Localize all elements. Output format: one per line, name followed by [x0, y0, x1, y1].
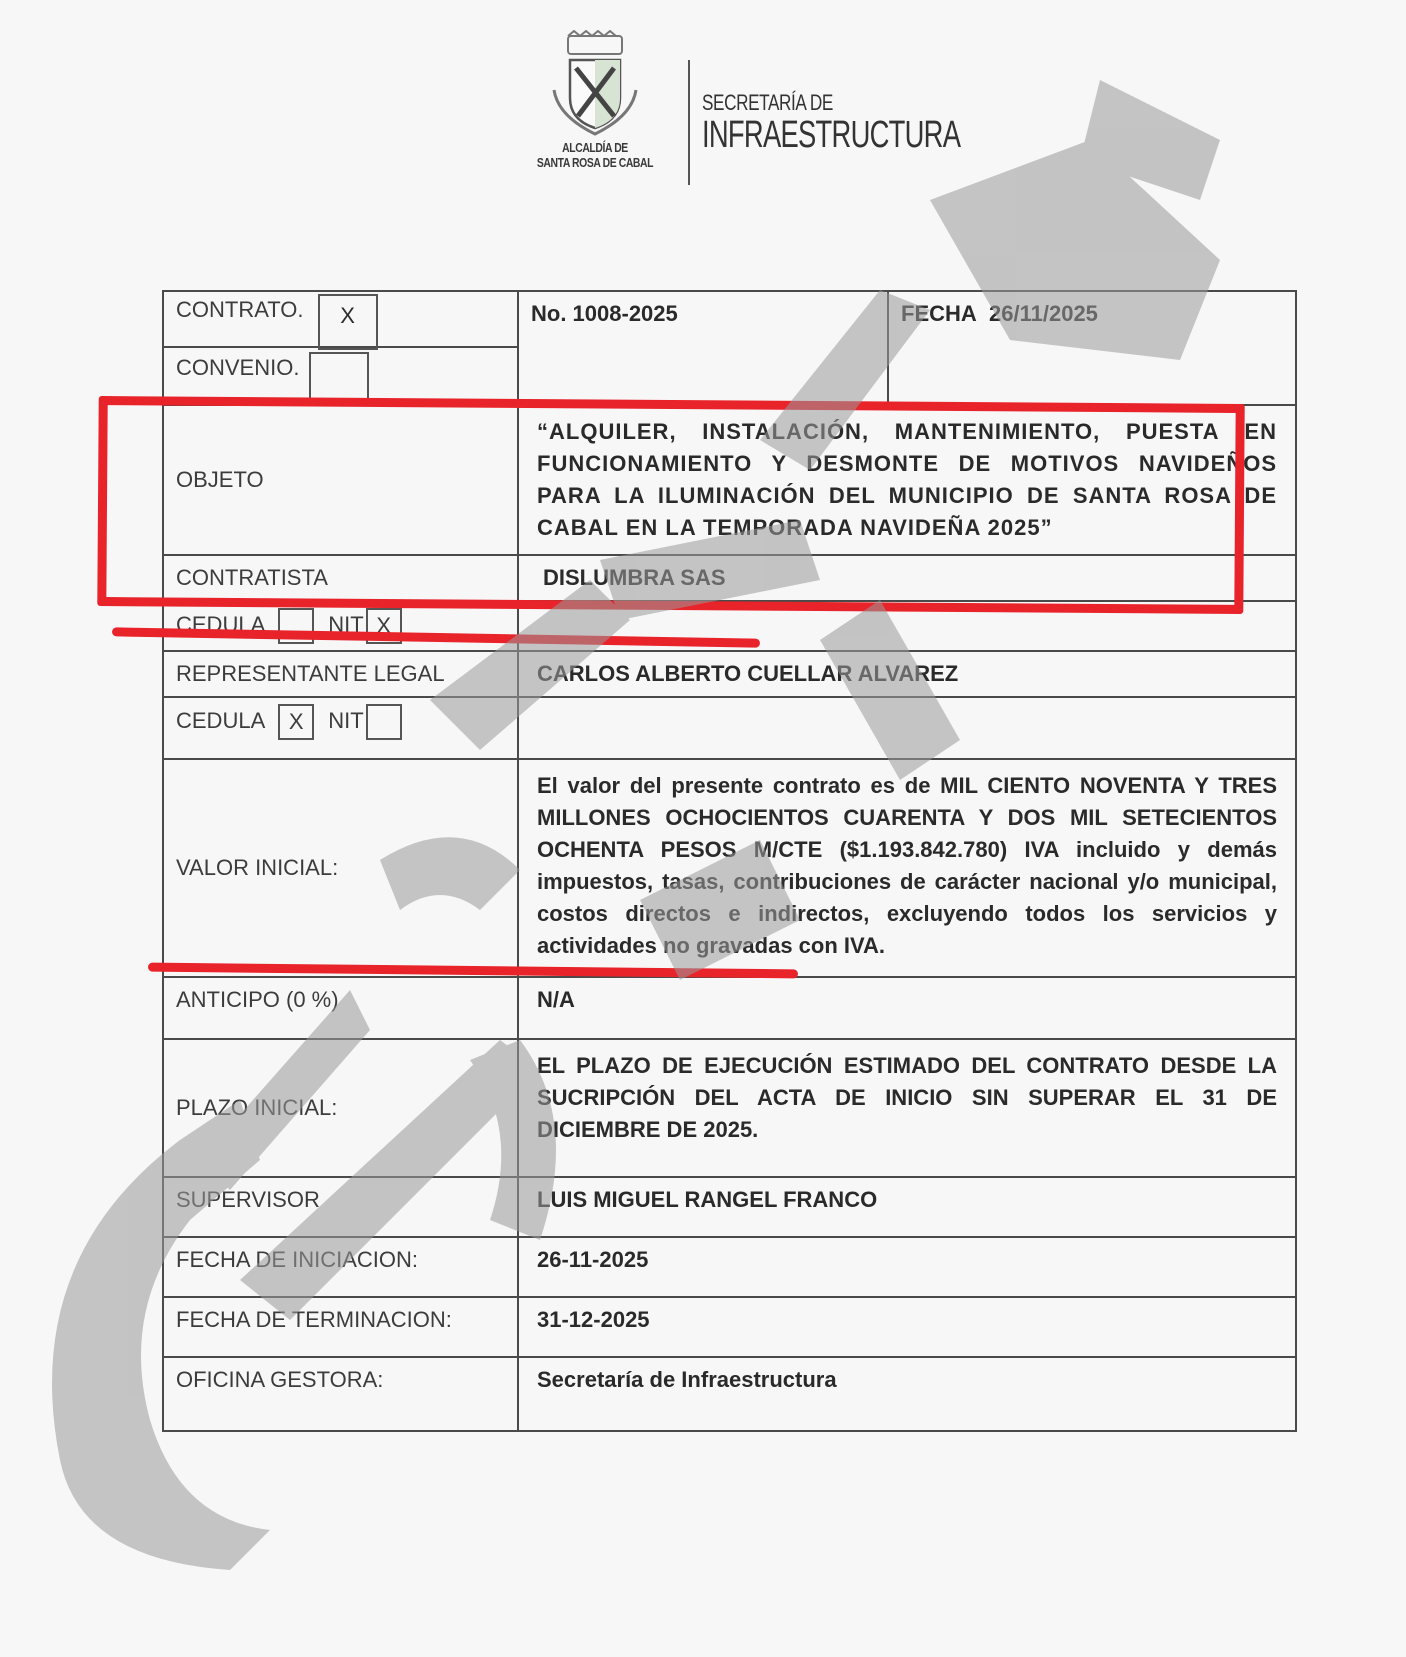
table-row-terminacion: FECHA DE TERMINACION: 31-12-2025 [163, 1297, 1296, 1357]
supervisor-label: SUPERVISOR [163, 1177, 518, 1237]
convenio-checkbox[interactable] [309, 352, 369, 400]
representante-label: REPRESENTANTE LEGAL [163, 651, 518, 697]
department-title: SECRETARÍA DE INFRAESTRUCTURA [702, 90, 1061, 157]
fecha-value: 26/11/2025 [989, 301, 1098, 326]
objeto-value: “ALQUILER, INSTALACIÓN, MANTENIMIENTO, P… [518, 405, 1296, 555]
supervisor-value: LUIS MIGUEL RANGEL FRANCO [518, 1177, 1296, 1237]
table-row-plazo: PLAZO INICIAL: EL PLAZO DE EJECUCIÓN EST… [163, 1039, 1296, 1177]
representante-id-type: CEDULA X NIT [163, 697, 518, 759]
representante-id-value [518, 697, 1296, 759]
terminacion-value: 31-12-2025 [518, 1297, 1296, 1357]
cedula-label: CEDULA [176, 612, 264, 637]
valor-label: VALOR INICIAL: [163, 759, 518, 977]
department-title-line-1: SECRETARÍA DE [702, 90, 982, 116]
contract-type-cell: CONTRATO. X CONVENIO. [163, 291, 518, 405]
contrato-label: CONTRATO. [176, 294, 304, 326]
contract-number: No. 1008-2025 [518, 291, 888, 405]
contratista-value: DISLUMBRA SAS [518, 555, 1296, 601]
coat-of-arms-icon [540, 30, 650, 140]
objeto-label: OBJETO [163, 405, 518, 555]
table-row-contratista: CONTRATISTA DISLUMBRA SAS [163, 555, 1296, 601]
cedula-label: CEDULA [176, 708, 264, 733]
department-title-line-2: INFRAESTRUCTURA [702, 114, 960, 157]
contratista-label: CONTRATISTA [163, 555, 518, 601]
plazo-value: EL PLAZO DE EJECUCIÓN ESTIMADO DEL CONTR… [518, 1039, 1296, 1177]
nit-label: NIT [328, 708, 363, 733]
document-page: ALCALDÍA DE SANTA ROSA DE CABAL SECRETAR… [0, 0, 1406, 1657]
fecha-label: FECHA [901, 301, 977, 326]
table-row-oficina: OFICINA GESTORA: Secretaría de Infraestr… [163, 1357, 1296, 1431]
table-row-inicio: FECHA DE INICIACION: 26-11-2025 [163, 1237, 1296, 1297]
convenio-label: CONVENIO. [176, 352, 299, 384]
alcaldia-line-2: SANTA ROSA DE CABAL [535, 155, 655, 170]
nit-label: NIT [328, 612, 363, 637]
inicio-label: FECHA DE INICIACION: [163, 1237, 518, 1297]
cedula-checkbox[interactable]: X [278, 704, 314, 740]
plazo-label: PLAZO INICIAL: [163, 1039, 518, 1177]
contract-summary-table: CONTRATO. X CONVENIO. No. 1008-2025 FECH… [162, 290, 1297, 1432]
anticipo-label: ANTICIPO (0 %) [163, 977, 518, 1039]
alcaldia-line-1: ALCALDÍA DE [535, 140, 655, 155]
oficina-value: Secretaría de Infraestructura [518, 1357, 1296, 1431]
representante-value: CARLOS ALBERTO CUELLAR ALVAREZ [518, 651, 1296, 697]
table-row-anticipo: ANTICIPO (0 %) N/A [163, 977, 1296, 1039]
contrato-checkbox[interactable]: X [318, 294, 378, 350]
nit-checkbox[interactable] [366, 704, 402, 740]
nit-checkbox[interactable]: X [366, 608, 402, 644]
cedula-checkbox[interactable] [278, 608, 314, 644]
table-row-supervisor: SUPERVISOR LUIS MIGUEL RANGEL FRANCO [163, 1177, 1296, 1237]
terminacion-label: FECHA DE TERMINACION: [163, 1297, 518, 1357]
anticipo-value: N/A [518, 977, 1296, 1039]
contratista-id-type: CEDULA NITX [163, 601, 518, 651]
table-row-valor: VALOR INICIAL: El valor del presente con… [163, 759, 1296, 977]
table-row-objeto: OBJETO “ALQUILER, INSTALACIÓN, MANTENIMI… [163, 405, 1296, 555]
table-row-id-contratista: CEDULA NITX [163, 601, 1296, 651]
oficina-label: OFICINA GESTORA: [163, 1357, 518, 1431]
header-divider [688, 60, 690, 185]
table-row-type: CONTRATO. X CONVENIO. No. 1008-2025 FECH… [163, 291, 1296, 405]
table-row-id-representante: CEDULA X NIT [163, 697, 1296, 759]
table-row-representante: REPRESENTANTE LEGAL CARLOS ALBERTO CUELL… [163, 651, 1296, 697]
inicio-value: 26-11-2025 [518, 1237, 1296, 1297]
contract-date-cell: FECHA 26/11/2025 [888, 291, 1296, 405]
contratista-id-value [518, 601, 1296, 651]
municipal-logo: ALCALDÍA DE SANTA ROSA DE CABAL [520, 30, 670, 170]
valor-value: El valor del presente contrato es de MIL… [518, 759, 1296, 977]
